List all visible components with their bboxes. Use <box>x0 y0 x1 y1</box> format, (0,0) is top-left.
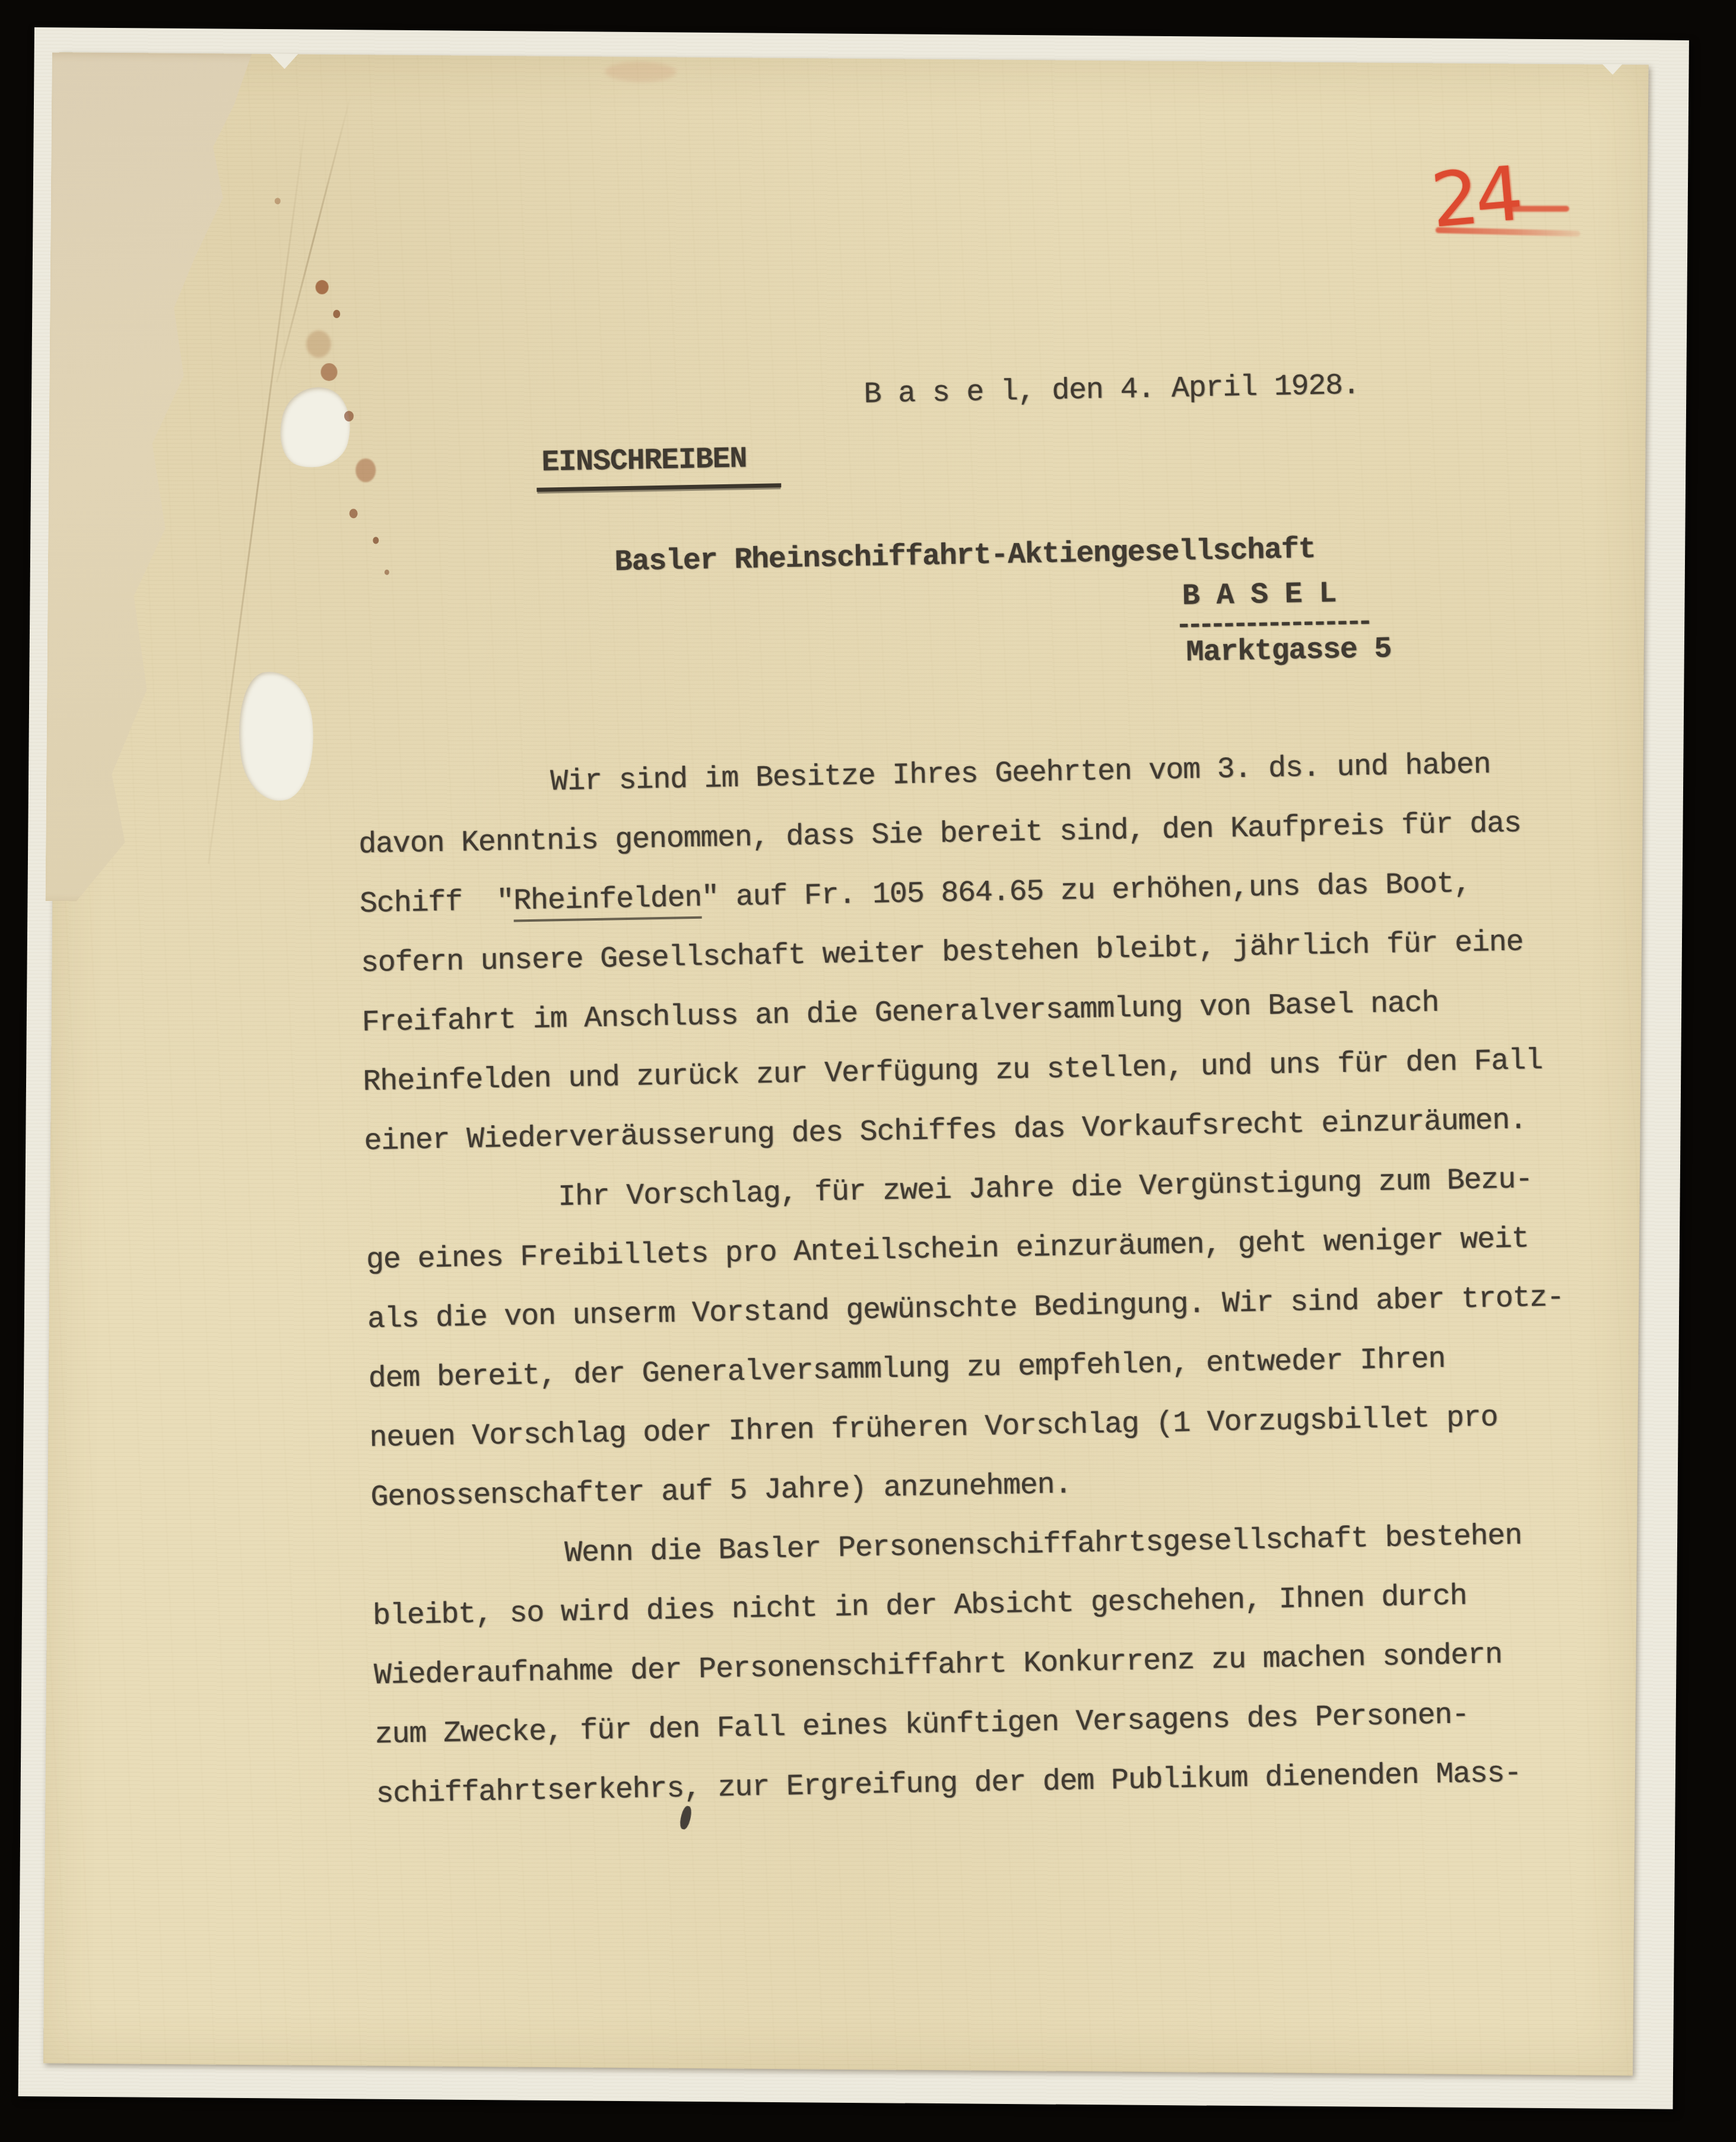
body-lines: Wir sind im Besitze Ihres Geehrten vom 3… <box>357 733 1659 1824</box>
letter-paper: 24 B a s e l, den 4. April 1928. EINSCHR… <box>43 52 1649 2076</box>
registered-label: EINSCHREIBEN <box>541 442 747 480</box>
letter-content: 24 B a s e l, den 4. April 1928. EINSCHR… <box>33 45 1659 2085</box>
edge-notch <box>269 53 298 69</box>
date-line: B a s e l, den 4. April 1928. <box>864 369 1360 411</box>
folio-cross-stroke <box>1508 206 1569 212</box>
registered-underline <box>537 483 781 492</box>
scan-background: 24 B a s e l, den 4. April 1928. EINSCHR… <box>0 0 1736 2142</box>
recipient-company: Basler Rheinschiffahrt-Aktiengesellschaf… <box>614 533 1316 580</box>
backing-sheet: 24 B a s e l, den 4. April 1928. EINSCHR… <box>18 27 1689 2109</box>
underlined-word: Rheinfelden <box>513 881 702 922</box>
recipient-street: Marktgasse 5 <box>1186 632 1392 669</box>
